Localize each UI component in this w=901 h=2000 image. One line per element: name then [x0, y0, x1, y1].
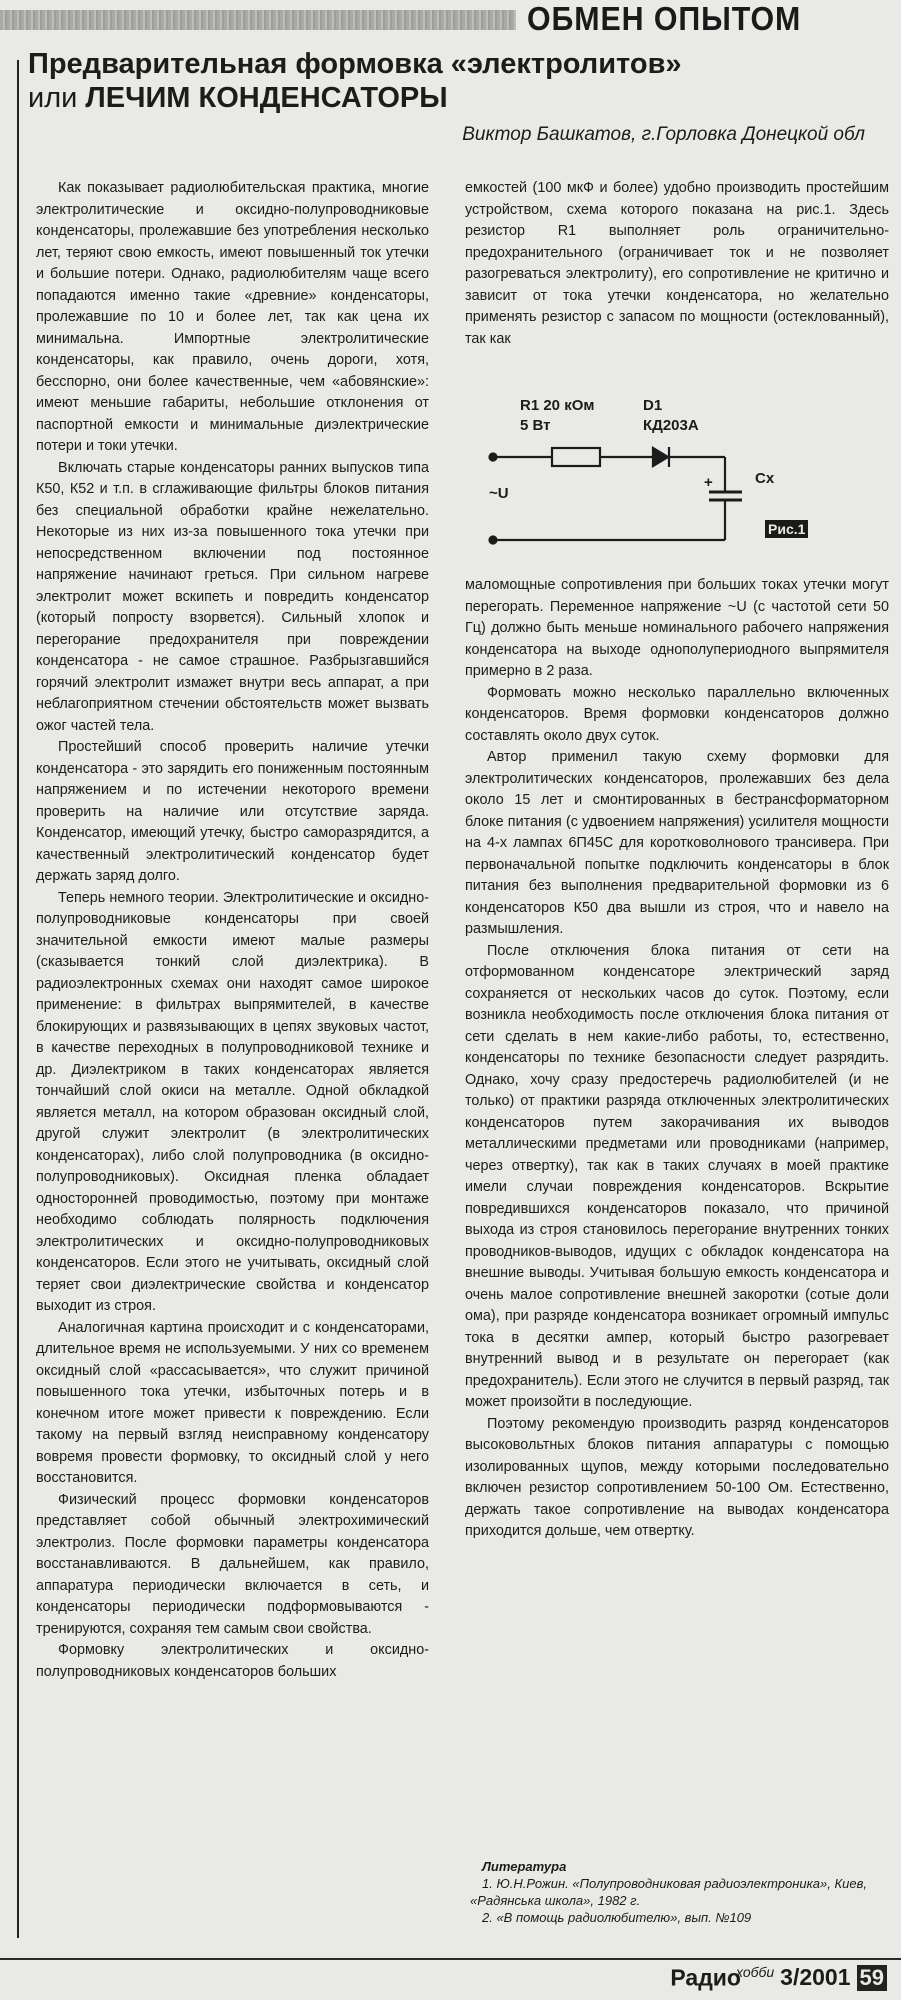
paragraph: Аналогичная картина происходит и с конде…: [36, 1318, 429, 1490]
section-title: ОБМЕН ОПЫТОМ: [527, 0, 801, 38]
title-line-2: или ЛЕЧИМ КОНДЕНСАТОРЫ: [28, 81, 888, 115]
reference-item: 2. «В помощь радиолюбителю», вып. №109: [470, 1909, 890, 1926]
magazine-name: Радиохобби: [670, 1964, 774, 1992]
source-label: ~U: [489, 485, 509, 502]
schematic-figure: R1 20 кОм 5 Вт D1 КД203А Cx + ~U: [480, 395, 810, 555]
paragraph: Физический процесс формовки конденсаторо…: [36, 1490, 429, 1641]
page-footer: Радиохобби 3/2001 59: [670, 1964, 887, 1992]
author-byline: Виктор Башкатов, г.Горловка Донецкой обл: [462, 124, 865, 146]
cap-polarity: +: [704, 474, 713, 491]
references: Литература 1. Ю.Н.Рожин. «Полупроводнико…: [470, 1858, 890, 1926]
issue-number: 3/2001: [780, 1964, 850, 1991]
r1-power: 5 Вт: [520, 417, 551, 434]
paragraph: емкостей (100 мкФ и более) удобно произв…: [465, 178, 889, 350]
paragraph: Формовку электролитических и оксидно-пол…: [36, 1640, 429, 1683]
r1-label: R1 20 кОм: [520, 397, 594, 414]
circuit-diagram: R1 20 кОм 5 Вт D1 КД203А Cx + ~U: [480, 395, 810, 555]
paragraph: Автор применил такую схему формовки для …: [465, 747, 889, 941]
title-line-1: Предварительная формовка «электролитов»: [28, 47, 888, 81]
paragraph: Простейший способ проверить наличие утеч…: [36, 737, 429, 888]
footer-rule: [0, 1958, 901, 1960]
figure-caption: Рис.1: [765, 520, 808, 538]
column-2-intro: емкостей (100 мкФ и более) удобно произв…: [465, 178, 889, 350]
paragraph: Поэтому рекомендую производить разряд ко…: [465, 1414, 889, 1543]
d1-label: D1: [643, 397, 662, 414]
title-prefix: или: [28, 82, 85, 114]
title-emphasis: ЛЕЧИМ КОНДЕНСАТОРЫ: [85, 82, 447, 114]
section-header-bar: [0, 10, 516, 30]
paragraph: Теперь немного теории. Электролитические…: [36, 888, 429, 1318]
page-number: 59: [857, 1965, 887, 1991]
paragraph: Формовать можно несколько параллельно вк…: [465, 683, 889, 748]
article-title: Предварительная формовка «электролитов» …: [28, 47, 888, 115]
reference-item: 1. Ю.Н.Рожин. «Полупроводниковая радиоэл…: [470, 1875, 890, 1909]
references-heading: Литература: [470, 1858, 890, 1875]
paragraph: маломощные сопротивления при больших ток…: [465, 575, 889, 683]
column-1: Как показывает радиолюбительская практик…: [36, 178, 429, 1683]
magazine-title: Радио: [670, 1965, 741, 1991]
column-rule: [17, 60, 19, 1938]
cap-label: Cx: [755, 470, 775, 487]
paragraph: После отключения блока питания от сети н…: [465, 941, 889, 1414]
magazine-subtitle: хобби: [736, 1964, 774, 1980]
paragraph: Включать старые конденсаторы ранних выпу…: [36, 458, 429, 738]
d1-type: КД203А: [643, 417, 699, 434]
paragraph: Как показывает радиолюбительская практик…: [36, 178, 429, 458]
column-2: маломощные сопротивления при больших ток…: [465, 575, 889, 1543]
